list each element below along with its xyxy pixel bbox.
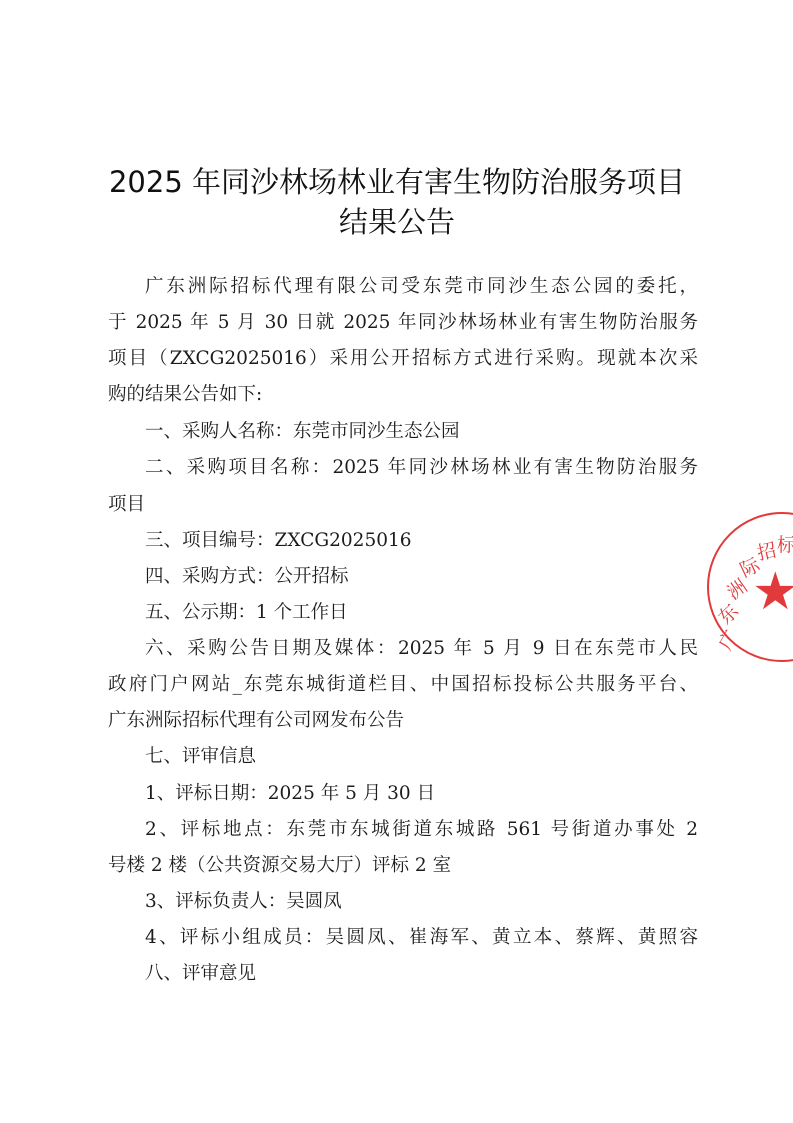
item-media: 六、采购公告日期及媒体：2025 年 5 月 9 日在东莞市人民 (145, 637, 698, 661)
item-project-no: 三、项目编号：ZXCG2025016 (145, 529, 698, 553)
item-purchaser: 一、采购人名称：东莞市同沙生态公园 (145, 420, 698, 444)
intro-line-2: 于 2025 年 5 月 30 日就 2025 年同沙林场林业有害生物防治服务 (108, 311, 698, 335)
intro-line-1: 广东洲际招标代理有限公司受东莞市同沙生态公园的委托， (145, 275, 698, 299)
review-members: 4、评标小组成员：吴圆凤、崔海军、黄立本、蔡辉、黄照容 (145, 926, 698, 950)
document-title-line-1: 2025 年同沙林场林业有害生物防治服务项目 (0, 160, 794, 204)
opinion-heading: 八、评审意见 (145, 962, 698, 986)
item-project-name-cont: 项目 (108, 493, 698, 517)
intro-line-4: 购的结果公告如下: (108, 383, 698, 407)
review-heading: 七、评审信息 (145, 745, 698, 769)
review-place: 2、评标地点：东莞市东城街道东城路 561 号街道办事处 2 (145, 818, 698, 842)
review-date: 1、评标日期：2025 年 5 月 30 日 (145, 782, 698, 806)
item-period: 五、公示期：1 个工作日 (145, 601, 698, 625)
item-project-name: 二、采购项目名称：2025 年同沙林场林业有害生物防治服务 (145, 456, 698, 480)
item-media-cont-2: 广东洲际招标代理有公司网发布公告 (108, 709, 698, 733)
seal-star-icon: ★ (752, 566, 794, 618)
document-title-line-2: 结果公告 (0, 200, 794, 244)
item-media-cont-1: 政府门户网站_东莞东城街道栏目、中国招标投标公共服务平台、 (108, 673, 698, 697)
review-place-cont: 号楼 2 楼（公共资源交易大厅）评标 2 室 (108, 854, 698, 878)
intro-line-3: 项目（ZXCG2025016）采用公开招标方式进行采购。现就本次采 (108, 347, 698, 371)
item-method: 四、采购方式：公开招标 (145, 565, 698, 589)
seal-char: 标 (777, 530, 794, 557)
review-leader: 3、评标负责人：吴圆凤 (145, 890, 698, 914)
